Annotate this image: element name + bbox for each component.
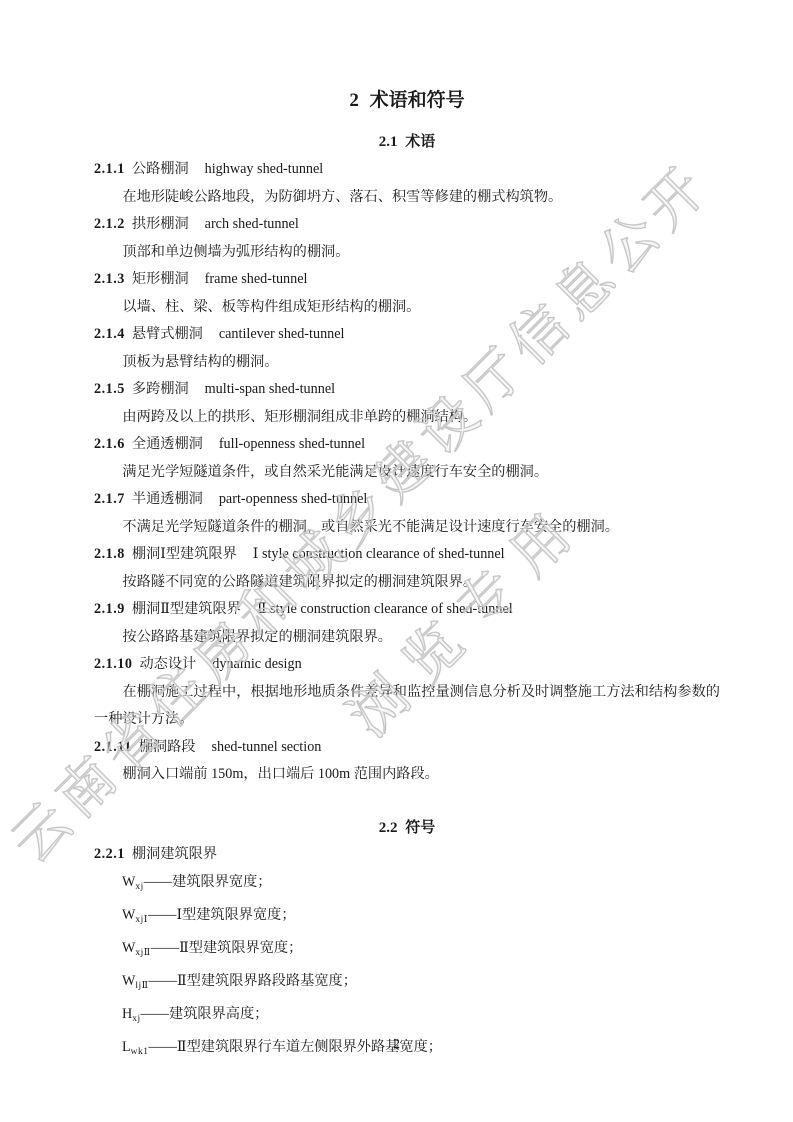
symbol-row: Wxj——建筑限界宽度； (122, 868, 720, 901)
term-en: shed-tunnel section (211, 739, 321, 755)
symbol-description: ——建筑限界高度； (141, 1006, 269, 1022)
symbol-row: WljⅡ——Ⅱ型建筑限界路段路基宽度； (122, 967, 720, 1000)
term-zh: 公路棚洞 (132, 161, 189, 177)
terms-list: 2.1.1公路棚洞highway shed-tunnel 在地形陡峻公路地段，为… (94, 156, 720, 789)
term-en: full-openness shed-tunnel (219, 436, 365, 452)
term-zh: 悬臂式棚洞 (132, 326, 203, 342)
symbol-base: W (122, 907, 135, 923)
term-number: 2.1.5 (94, 381, 125, 397)
term-definition: 顶板为悬臂结构的棚洞。 (94, 349, 720, 377)
term-number: 2.1.4 (94, 326, 125, 342)
term-en: highway shed-tunnel (205, 161, 324, 177)
symbol-description: ——建筑限界宽度； (144, 874, 272, 890)
term-zh: 半通透棚洞 (132, 491, 203, 507)
section-heading-symbols: 2.2 符号 (94, 816, 720, 841)
symbol-subscript: xj (135, 882, 143, 892)
term-heading: 2.1.10动态设计dynamic design (94, 651, 720, 679)
term-zh: 棚洞路段 (139, 739, 196, 755)
symbols-item-heading: 2.2.1棚洞建筑限界 (94, 841, 720, 869)
term-entry: 2.1.6全通透棚洞full-openness shed-tunnel 满足光学… (94, 431, 720, 486)
term-en: part-openness shed-tunnel (219, 491, 368, 507)
term-definition: 满足光学短隧道条件，或自然采光能满足设计速度行车安全的棚洞。 (94, 459, 720, 487)
term-heading: 2.1.6全通透棚洞full-openness shed-tunnel (94, 431, 720, 459)
term-number: 2.1.9 (94, 601, 125, 617)
term-number: 2.1.8 (94, 546, 125, 562)
term-zh: 动态设计 (139, 656, 196, 672)
term-entry: 2.1.9棚洞Ⅱ型建筑限界Ⅱ style construction cleara… (94, 596, 720, 651)
term-number: 2.1.10 (94, 656, 132, 672)
term-heading: 2.1.8棚洞Ⅰ型建筑限界Ⅰ style construction cleara… (94, 541, 720, 569)
page-content: 2 术语和符号 2.1 术语 2.1.1公路棚洞highway shed-tun… (94, 86, 720, 1066)
symbol-row: WxjⅡ——Ⅱ型建筑限界宽度； (122, 934, 720, 967)
term-entry: 2.1.8棚洞Ⅰ型建筑限界Ⅰ style construction cleara… (94, 541, 720, 596)
symbols-item-title: 棚洞建筑限界 (132, 846, 217, 862)
term-definition: 在地形陡峻公路地段，为防御坍方、落石、积雪等修建的棚式构筑物。 (94, 184, 720, 212)
term-definition: 棚洞入口端前 150m，出口端后 100m 范围内路段。 (94, 761, 720, 789)
term-definition: 在棚洞施工过程中，根据地形地质条件差异和监控量测信息分析及时调整施工方法和结构参… (94, 679, 720, 734)
symbol-subscript: xjⅠ (135, 915, 148, 925)
term-entry: 2.1.10动态设计dynamic design 在棚洞施工过程中，根据地形地质… (94, 651, 720, 734)
term-number: 2.1.11 (94, 739, 132, 755)
symbol-base: H (122, 1006, 132, 1022)
term-heading: 2.1.4悬臂式棚洞cantilever shed-tunnel (94, 321, 720, 349)
term-heading: 2.1.11棚洞路段shed-tunnel section (94, 734, 720, 762)
symbol-row: WxjⅠ——Ⅰ型建筑限界宽度； (122, 901, 720, 934)
document-page: 云南省住房和城乡建设厅信息公开 浏览专用 2 术语和符号 2.1 术语 2.1.… (0, 0, 793, 1122)
symbol-subscript: xjⅡ (135, 948, 150, 958)
symbol-description: ——Ⅱ型建筑限界宽度； (151, 940, 303, 956)
term-definition: 不满足光学短隧道条件的棚洞，或自然采光不能满足设计速度行车安全的棚洞。 (94, 514, 720, 542)
term-en: frame shed-tunnel (205, 271, 308, 287)
chapter-title: 2 术语和符号 (94, 86, 720, 116)
term-definition: 由两跨及以上的拱形、矩形棚洞组成非单跨的棚洞结构。 (94, 404, 720, 432)
term-number: 2.1.1 (94, 161, 125, 177)
term-entry: 2.1.7半通透棚洞part-openness shed-tunnel 不满足光… (94, 486, 720, 541)
term-definition: 以墙、柱、梁、板等构件组成矩形结构的棚洞。 (94, 294, 720, 322)
term-zh: 拱形棚洞 (132, 216, 189, 232)
term-en: cantilever shed-tunnel (219, 326, 345, 342)
term-heading: 2.1.3矩形棚洞frame shed-tunnel (94, 266, 720, 294)
symbol-base: W (122, 973, 135, 989)
term-en: Ⅰ style construction clearance of shed-t… (253, 546, 505, 562)
symbol-base: W (122, 940, 135, 956)
term-number: 2.1.2 (94, 216, 125, 232)
symbol-subscript: ljⅡ (135, 981, 148, 991)
term-zh: 全通透棚洞 (132, 436, 203, 452)
term-en: arch shed-tunnel (205, 216, 299, 232)
term-entry: 2.1.3矩形棚洞frame shed-tunnel 以墙、柱、梁、板等构件组成… (94, 266, 720, 321)
symbol-description: ——Ⅰ型建筑限界宽度； (148, 907, 295, 923)
term-number: 2.1.6 (94, 436, 125, 452)
term-zh: 棚洞Ⅰ型建筑限界 (132, 546, 237, 562)
symbol-subscript: xj (132, 1014, 140, 1024)
term-number: 2.1.3 (94, 271, 125, 287)
term-zh: 多跨棚洞 (132, 381, 189, 397)
term-en: dynamic design (212, 656, 301, 672)
term-zh: 棚洞Ⅱ型建筑限界 (132, 601, 241, 617)
term-en: multi-span shed-tunnel (205, 381, 335, 397)
term-entry: 2.1.1公路棚洞highway shed-tunnel 在地形陡峻公路地段，为… (94, 156, 720, 211)
term-heading: 2.1.9棚洞Ⅱ型建筑限界Ⅱ style construction cleara… (94, 596, 720, 624)
section-heading-terms: 2.1 术语 (94, 130, 720, 155)
term-definition: 按路隧不同宽的公路隧道建筑限界拟定的棚洞建筑限界。 (94, 569, 720, 597)
term-entry: 2.1.2拱形棚洞arch shed-tunnel 顶部和单边侧墙为弧形结构的棚… (94, 211, 720, 266)
term-heading: 2.1.5多跨棚洞multi-span shed-tunnel (94, 376, 720, 404)
term-heading: 2.1.1公路棚洞highway shed-tunnel (94, 156, 720, 184)
term-entry: 2.1.4悬臂式棚洞cantilever shed-tunnel 顶板为悬臂结构… (94, 321, 720, 376)
term-heading: 2.1.7半通透棚洞part-openness shed-tunnel (94, 486, 720, 514)
symbol-description: ——Ⅱ型建筑限界路段路基宽度； (149, 973, 357, 989)
symbol-base: W (122, 874, 135, 890)
term-definition: 顶部和单边侧墙为弧形结构的棚洞。 (94, 239, 720, 267)
page-number: 2 (0, 1035, 793, 1055)
term-heading: 2.1.2拱形棚洞arch shed-tunnel (94, 211, 720, 239)
symbols-item-number: 2.2.1 (94, 846, 125, 862)
symbol-row: Hxj——建筑限界高度； (122, 1000, 720, 1033)
term-en: Ⅱ style construction clearance of shed-t… (257, 601, 513, 617)
term-entry: 2.1.11棚洞路段shed-tunnel section 棚洞入口端前 150… (94, 734, 720, 789)
term-definition: 按公路路基建筑限界拟定的棚洞建筑限界。 (94, 624, 720, 652)
term-entry: 2.1.5多跨棚洞multi-span shed-tunnel 由两跨及以上的拱… (94, 376, 720, 431)
term-number: 2.1.7 (94, 491, 125, 507)
term-zh: 矩形棚洞 (132, 271, 189, 287)
